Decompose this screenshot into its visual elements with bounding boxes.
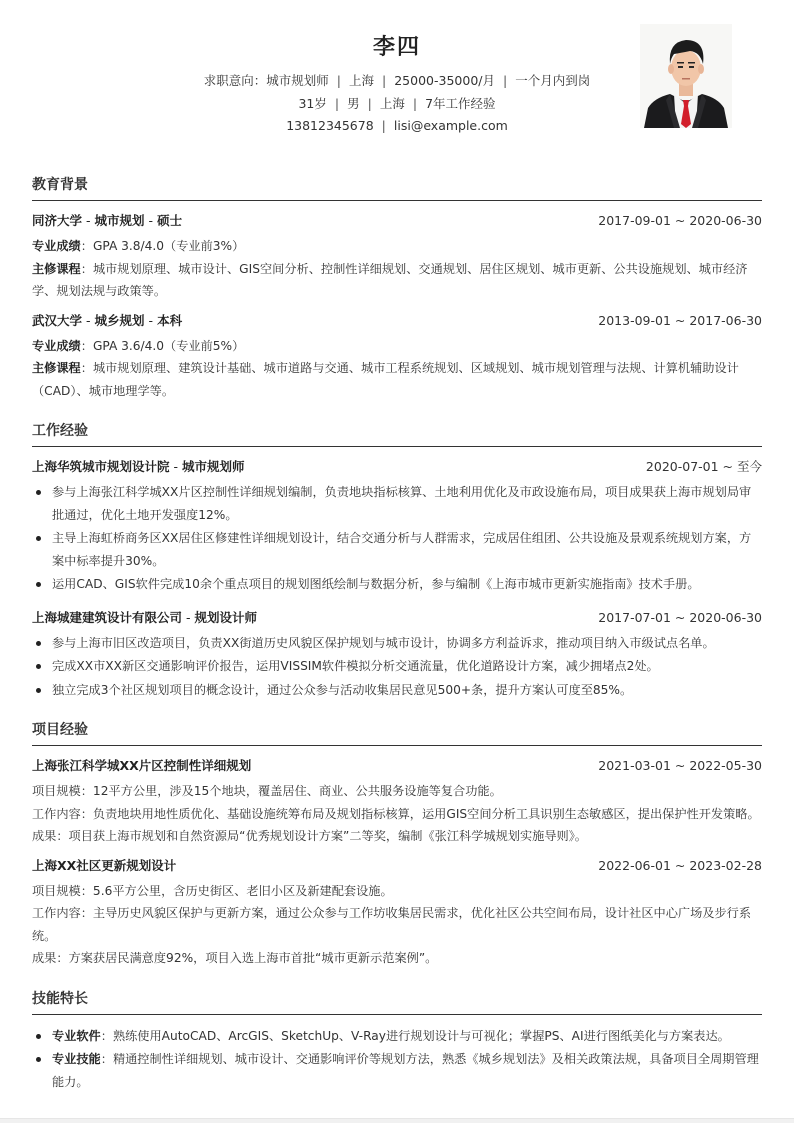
school-name: 武汉大学: [32, 313, 82, 328]
company-name: 上海华筑城市规划设计院: [32, 459, 170, 474]
projects-section: 项目经验 上海张江科学城XX片区控制性详细规划 2021-03-01 ~ 202…: [32, 719, 762, 970]
job-role: 规划设计师: [195, 610, 258, 625]
list-item: 参与上海张江科学城XX片区控制性详细规划编制，负责地块指标核算、土地利用优化及市…: [32, 481, 762, 526]
phone: 13812345678: [286, 118, 373, 133]
section-title-skills: 技能特长: [32, 988, 762, 1015]
work-date: 2020-07-01 ~ 至今: [646, 457, 762, 475]
project-scale: 项目规模：12平方公里，涉及15个地块，覆盖居住、商业、公共服务设施等复合功能。: [32, 780, 762, 803]
gpa-row: 专业成绩：GPA 3.6/4.0（专业前5%）: [32, 335, 762, 358]
section-title-education: 教育背景: [32, 174, 762, 201]
major: 城市规划: [95, 213, 145, 228]
list-item: 主导上海虹桥商务区XX居住区修建性详细规划设计，结合交通分析与人群需求，完成居住…: [32, 527, 762, 572]
work-entry: 上海城建建筑设计有限公司-规划设计师 2017-07-01 ~ 2020-06-…: [32, 608, 762, 702]
availability: 一个月内到岗: [515, 73, 590, 88]
company-name: 上海城建建筑设计有限公司: [32, 610, 182, 625]
courses-row: 主修课程：城市规划原理、城市设计、GIS空间分析、控制性详细规划、交通规划、居住…: [32, 258, 762, 303]
skill-item: 专业软件：熟练使用AutoCAD、ArcGIS、SketchUp、V-Ray进行…: [32, 1025, 762, 1048]
degree: 本科: [157, 313, 182, 328]
education-title: 武汉大学-城乡规划-本科: [32, 311, 182, 329]
age: 31岁: [298, 96, 326, 111]
list-item: 运用CAD、GIS软件完成10余个重点项目的规划图纸绘制与数据分析，参与编制《上…: [32, 573, 762, 596]
project-content: 工作内容：主导历史风貌区保护与更新方案，通过公众参与工作坊收集居民需求，优化社区…: [32, 902, 762, 947]
list-item: 完成XX市XX新区交通影响评价报告，运用VISSIM软件模拟分析交通流量，优化道…: [32, 655, 762, 678]
project-content: 工作内容：负责地块用地性质优化、基础设施统筹布局及规划指标核算，运用GIS空间分…: [32, 803, 762, 826]
list-item: 参与上海市旧区改造项目，负责XX街道历史风貌区保护规划与城市设计，协调多方利益诉…: [32, 632, 762, 655]
skills-list: 专业软件：熟练使用AutoCAD、ArcGIS、SketchUp、V-Ray进行…: [32, 1025, 762, 1094]
work-entry: 上海华筑城市规划设计院-城市规划师 2020-07-01 ~ 至今 参与上海张江…: [32, 457, 762, 596]
resume-header: 李四 求职意向：城市规划师|上海|25000-35000/月|一个月内到岗 31…: [32, 0, 762, 150]
education-entry: 同济大学-城市规划-硕士 2017-09-01 ~ 2020-06-30 专业成…: [32, 211, 762, 303]
school-name: 同济大学: [32, 213, 82, 228]
project-entry: 上海XX社区更新规划设计 2022-06-01 ~ 2023-02-28 项目规…: [32, 856, 762, 970]
gpa-row: 专业成绩：GPA 3.8/4.0（专业前3%）: [32, 235, 762, 258]
resume-page: 李四 求职意向：城市规划师|上海|25000-35000/月|一个月内到岗 31…: [0, 0, 794, 1123]
gender: 男: [347, 96, 360, 111]
section-title-work: 工作经验: [32, 420, 762, 447]
email: lisi@example.com: [394, 118, 508, 133]
location: 上海: [380, 96, 405, 111]
work-bullets: 参与上海张江科学城XX片区控制性详细规划编制，负责地块指标核算、土地利用优化及市…: [32, 481, 762, 596]
list-item: 独立完成3个社区规划项目的概念设计，通过公众参与活动收集居民意见500+条，提升…: [32, 679, 762, 702]
page-bottom-edge: [0, 1118, 794, 1123]
project-result: 成果：项目获上海市规划和自然资源局“优秀规划设计方案”二等奖，编制《张江科学城规…: [32, 825, 762, 848]
work-title: 上海华筑城市规划设计院-城市规划师: [32, 457, 245, 475]
major: 城乡规划: [95, 313, 145, 328]
project-result: 成果：方案获居民满意度92%，项目入选上海市首批“城市更新示范案例”。: [32, 947, 762, 970]
avatar-illustration-icon: [640, 24, 732, 128]
education-date: 2013-09-01 ~ 2017-06-30: [598, 313, 762, 328]
job-intent: 求职意向：城市规划师: [204, 73, 329, 88]
education-section: 教育背景 同济大学-城市规划-硕士 2017-09-01 ~ 2020-06-3…: [32, 174, 762, 402]
education-date: 2017-09-01 ~ 2020-06-30: [598, 213, 762, 228]
project-scale: 项目规模：5.6平方公里，含历史街区、老旧小区及新建配套设施。: [32, 880, 762, 903]
courses-row: 主修课程：城市规划原理、建筑设计基础、城市道路与交通、城市工程系统规划、区域规划…: [32, 357, 762, 402]
education-entry: 武汉大学-城乡规划-本科 2013-09-01 ~ 2017-06-30 专业成…: [32, 311, 762, 403]
work-title: 上海城建建筑设计有限公司-规划设计师: [32, 608, 257, 626]
project-entry: 上海张江科学城XX片区控制性详细规划 2021-03-01 ~ 2022-05-…: [32, 756, 762, 848]
job-role: 城市规划师: [182, 459, 245, 474]
work-bullets: 参与上海市旧区改造项目，负责XX街道历史风貌区保护规划与城市设计，协调多方利益诉…: [32, 632, 762, 702]
project-date: 2021-03-01 ~ 2022-05-30: [598, 758, 762, 773]
project-date: 2022-06-01 ~ 2023-02-28: [598, 858, 762, 873]
profile-photo: [640, 24, 732, 128]
work-date: 2017-07-01 ~ 2020-06-30: [598, 610, 762, 625]
expected-salary: 25000-35000/月: [394, 73, 495, 88]
skill-item: 专业技能：精通控制性详细规划、城市设计、交通影响评价等规划方法，熟悉《城乡规划法…: [32, 1048, 762, 1093]
experience-years: 7年工作经验: [425, 96, 495, 111]
intent-city: 上海: [349, 73, 374, 88]
section-title-projects: 项目经验: [32, 719, 762, 746]
project-name: 上海XX社区更新规划设计: [32, 856, 176, 874]
degree: 硕士: [157, 213, 182, 228]
education-title: 同济大学-城市规划-硕士: [32, 211, 182, 229]
skills-section: 技能特长 专业软件：熟练使用AutoCAD、ArcGIS、SketchUp、V-…: [32, 988, 762, 1094]
work-section: 工作经验 上海华筑城市规划设计院-城市规划师 2020-07-01 ~ 至今 参…: [32, 420, 762, 701]
project-name: 上海张江科学城XX片区控制性详细规划: [32, 756, 251, 774]
